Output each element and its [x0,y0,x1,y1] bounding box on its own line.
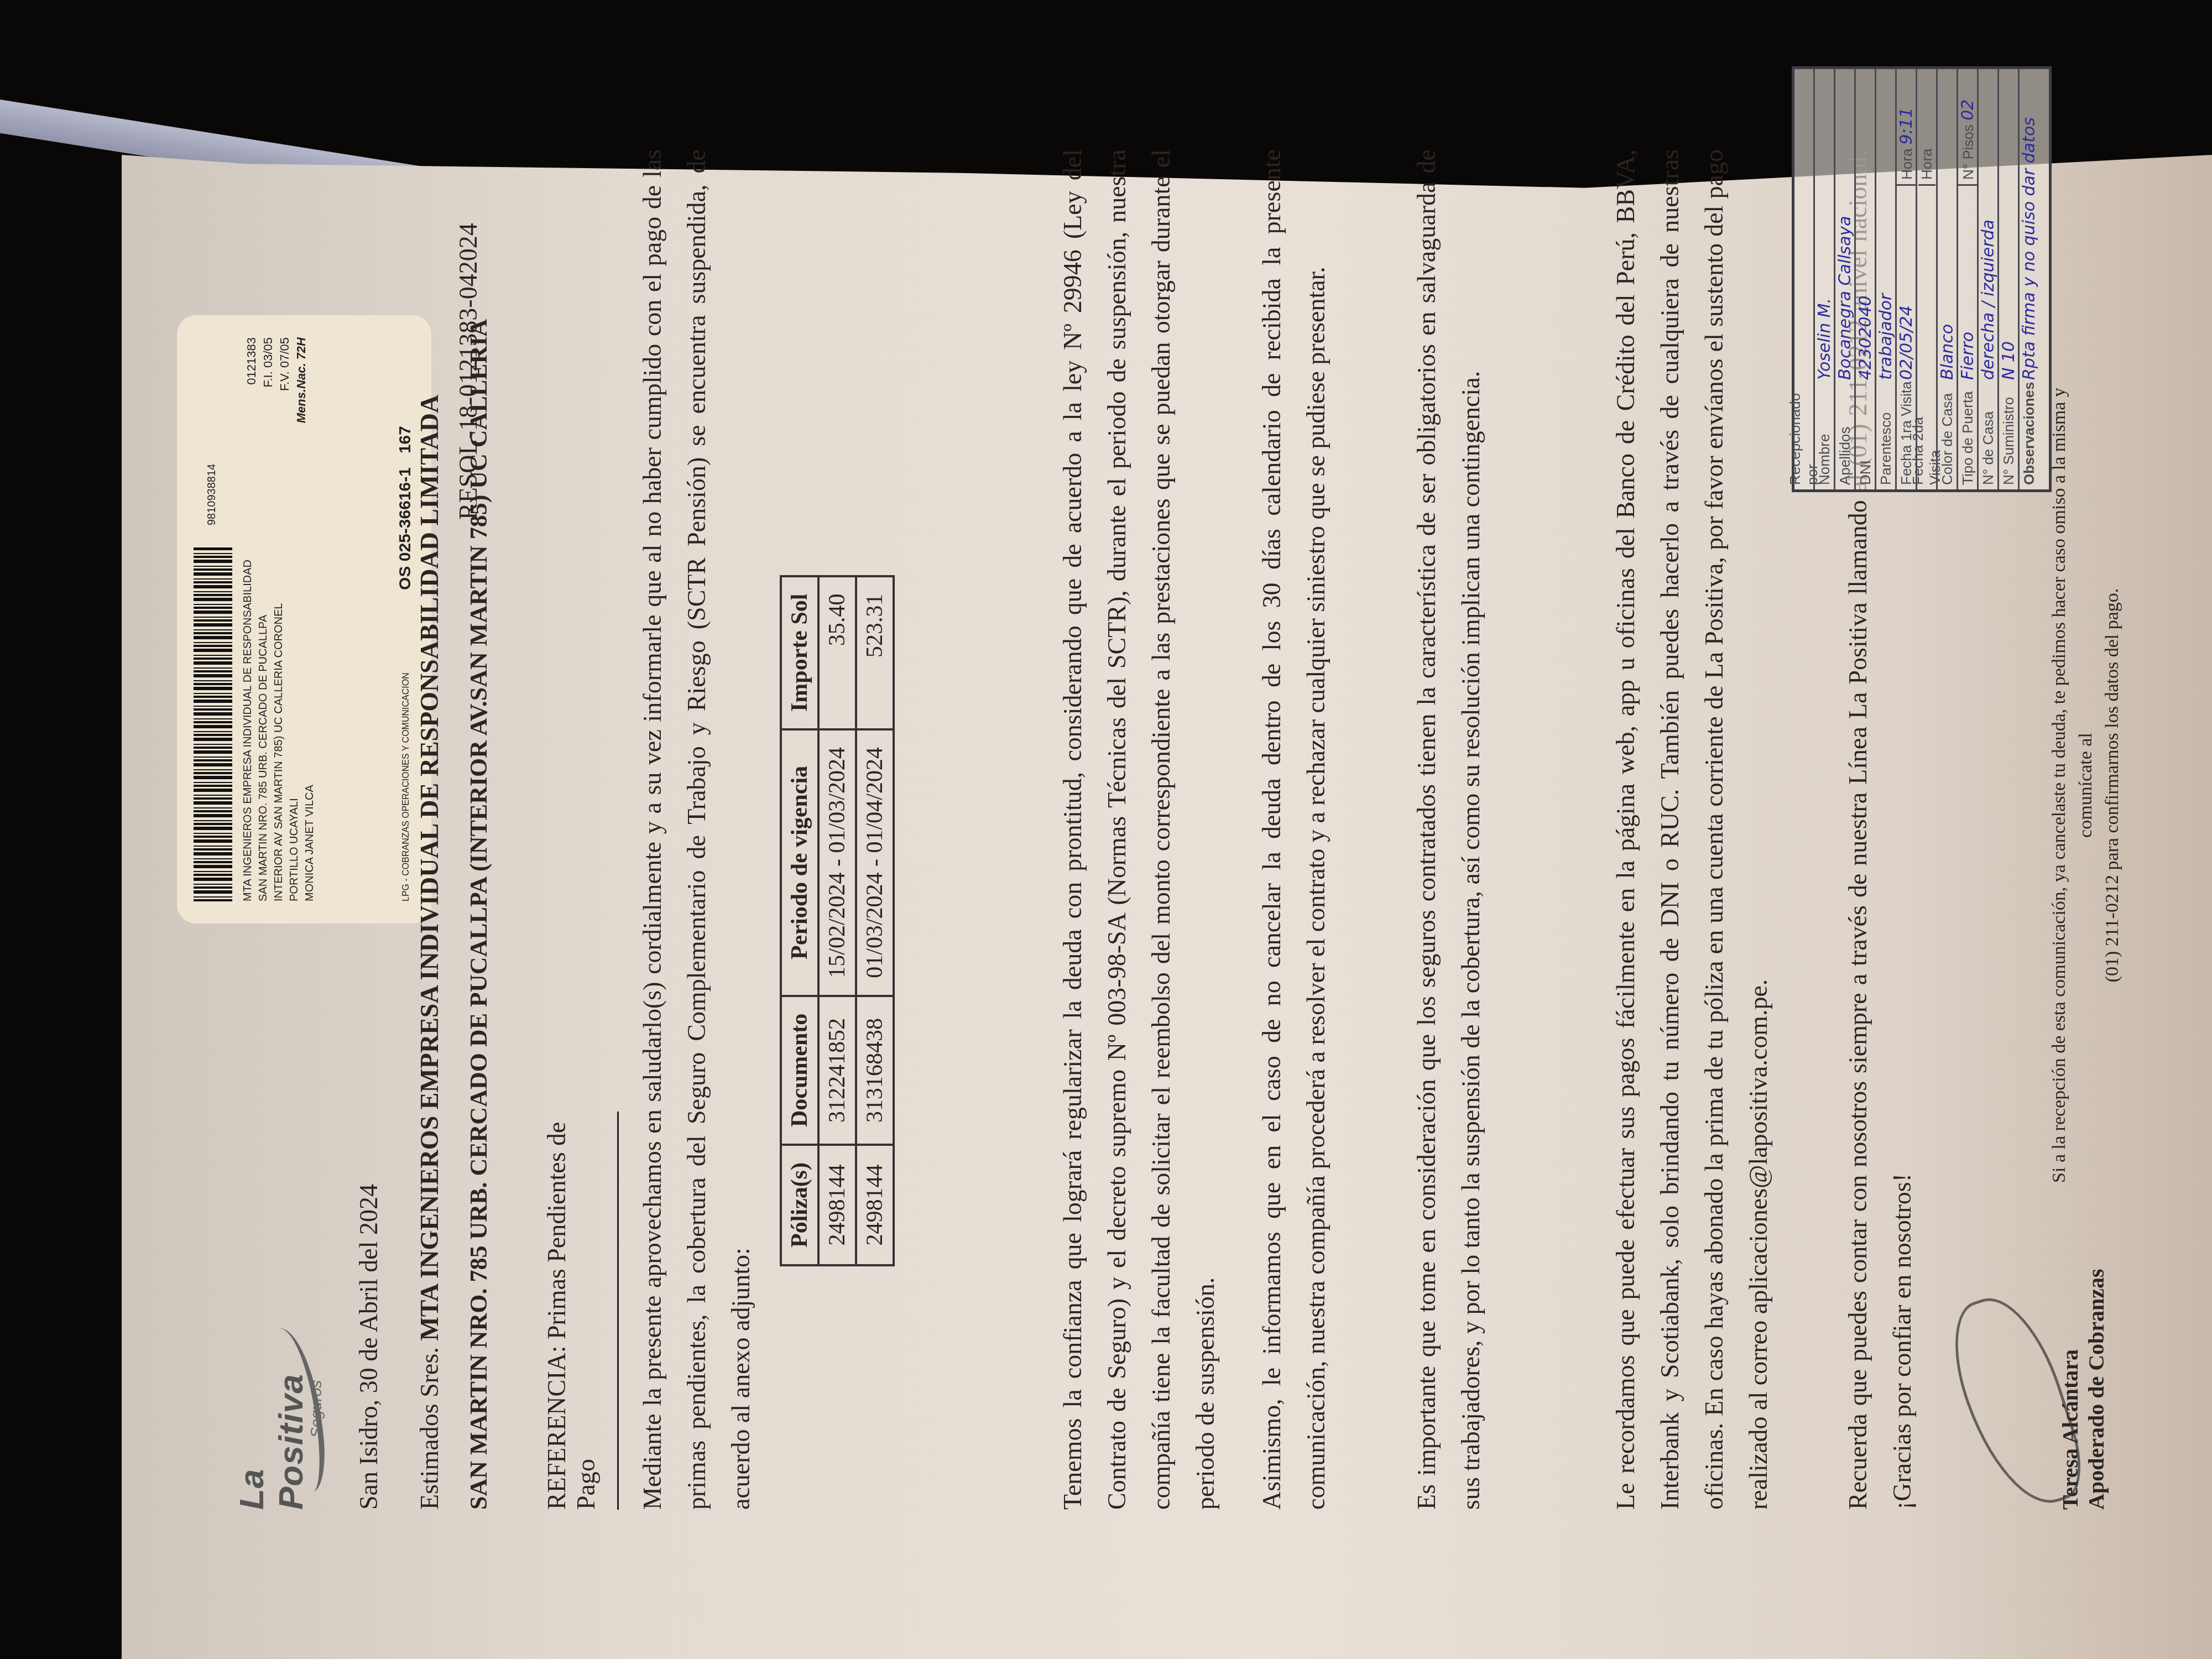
recipient-name: MTA INGENIEROS EMPRESA INDIVIDUAL DE RES… [415,395,444,1341]
recipient-address: SAN MARTIN NRO. 785 URB. CERCADO DE PUCA… [465,138,493,1510]
footer-line: (01) 211-0212 para confirmarnos los dato… [2099,371,2126,1200]
footer-line: Si a la recepción de esta comunicación, … [2046,371,2099,1200]
pending-premiums-table: Póliza(s) Documento Periodo de vigencia … [780,575,895,1266]
col-documento: Documento [781,996,818,1145]
reception-stamp: Recepcionado por NombreYoselin M. Apelli… [1792,66,2052,492]
stamp-row: Recepcionado por [1794,69,1815,489]
signer-role: Apoderado de Cobranzas [2083,1269,2109,1510]
stamp-row: NombreYoselin M. [1815,69,1835,489]
cell-periodo: 01/03/2024 - 01/04/2024 [856,729,894,996]
footer-note: Si a la recepción de esta comunicación, … [2046,371,2126,1200]
label-os: OS 025-36616-1 167 [396,426,415,590]
label-fi: F.I. 03/05 [260,337,276,423]
cell-importe: 35.40 [818,576,856,730]
label-ops: LPG - COBRANZAS OPERACIONES Y COMUNICACI… [401,672,411,901]
barcode-number: 9810938814 [206,464,218,525]
cell-documento: 313168438 [856,996,894,1145]
stamp-row: N° de Casaderecha / izquierda [1979,69,1999,489]
greeting: Estimados Sres. MTA INGENIEROS EMPRESA I… [415,138,444,1510]
stamp-row: Tipo de PuertaFierroN° Pisos 02 [1958,69,1979,489]
stamp-row: N° SuministroN 10 [1999,69,2020,489]
paragraph: Es importante que tome en consideración … [1405,149,1493,1510]
col-periodo: Periodo de vigencia [781,729,818,996]
greeting-prefix: Estimados Sres. [415,1347,444,1510]
mailing-label: 9810938814 MTA INGENIEROS EMPRESA INDIVI… [177,315,431,924]
paragraph: Tenemos la confianza que logrará regular… [1051,149,1228,1510]
label-fv: F.V. 07/05 [276,337,293,423]
table-row: 2498144 313168438 01/03/2024 - 01/04/202… [856,576,894,1265]
table-header-row: Póliza(s) Documento Periodo de vigencia … [781,576,818,1265]
paragraph: Asimismo, le informamos que en el caso d… [1250,149,1338,1510]
paragraph: Mediante la presente aprovechamos en sal… [630,149,763,1510]
stamp-row: Fecha 2da VisitaHora [1917,69,1938,489]
col-poliza: Póliza(s) [781,1145,818,1265]
letter-page: La Positiva Seguros 9810938814 MTA INGEN… [155,105,2124,1543]
barcode-icon [194,547,232,901]
table-row: 2498144 312241852 15/02/2024 - 01/03/202… [818,576,856,1265]
label-code: 0121383 [243,337,260,423]
cell-periodo: 15/02/2024 - 01/03/2024 [818,729,856,996]
label-meta: 0121383 F.I. 03/05 F.V. 07/05 Mens.Nac. … [243,337,310,423]
cell-importe: 523.31 [856,576,894,730]
cell-documento: 312241852 [818,996,856,1145]
stamp-row: Color de CasaBlanco [1938,69,1958,489]
date-line: San Isidro, 30 de Abril del 2024 [354,1184,383,1510]
cell-poliza: 2498144 [818,1145,856,1265]
paragraph: Le recordamos que puede efectuar sus pag… [1604,149,1781,1510]
reference-line: REFERENCIA: Primas Pendientes de Pago [542,1112,619,1510]
stamp-row: Parentescotrabajador [1876,69,1897,489]
stamp-row: ApellidosBocanegra Callsaya [1835,69,1856,489]
label-service: Mens.Nac. 72H [293,337,310,423]
col-importe: Importe Sol [781,576,818,730]
stamp-row: ObservacionesRpta firma y no quiso dar d… [2020,69,2038,489]
stamp-row: DNI42302040 [1856,69,1876,489]
signature-block: Teresa Alcántara Apoderado de Cobranzas [1969,1269,2109,1510]
cell-poliza: 2498144 [856,1145,894,1265]
company-logo: La Positiva Seguros [232,1327,315,1510]
